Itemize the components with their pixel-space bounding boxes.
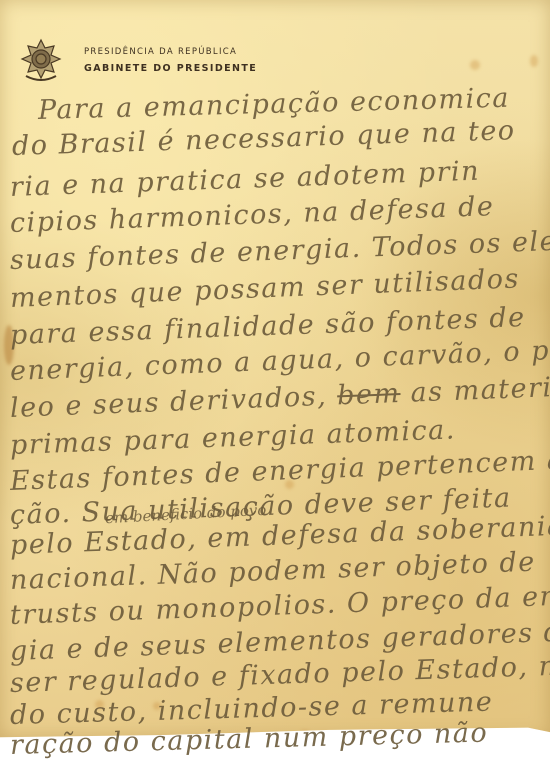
struck-word: bem: [337, 378, 402, 411]
handwritten-text: Para a emancipação economica do Brasil é…: [0, 0, 550, 746]
